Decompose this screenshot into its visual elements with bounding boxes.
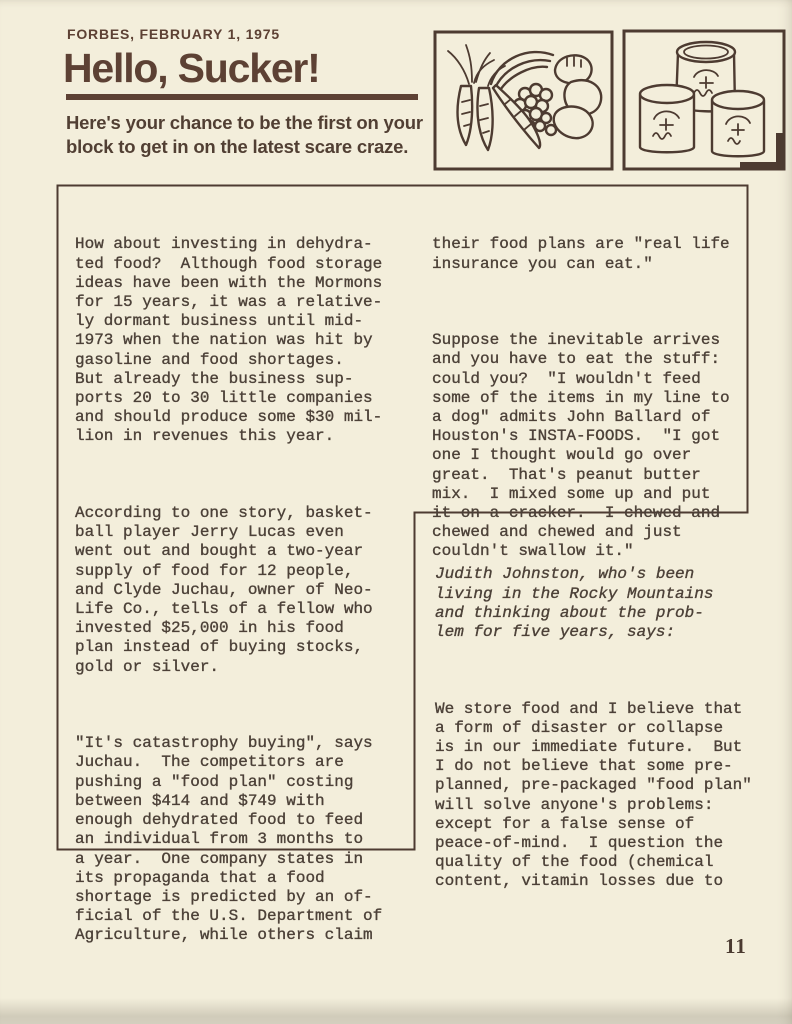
vegetables-illustration-icon <box>433 30 614 171</box>
sidebar-judith-johnston: Judith Johnston, who's been living in th… <box>435 527 757 949</box>
sidebar-intro-italic: Judith Johnston, who's been living in th… <box>435 565 757 642</box>
magazine-page: FORBES, FEBRUARY 1, 1975 Hello, Sucker! … <box>0 0 792 1024</box>
masthead: FORBES, FEBRUARY 1, 1975 <box>67 26 280 42</box>
paragraph-life-insurance: their food plans are "real life insuranc… <box>432 235 752 273</box>
left-column: How about investing in dehydra- ted food… <box>75 197 415 1003</box>
headline-rule <box>66 94 418 100</box>
deck-text: Here's your chance to be the first on yo… <box>66 111 436 159</box>
paragraph-jerry-lucas: According to one story, basket- ball pla… <box>75 504 415 677</box>
page-title: Hello, Sucker! <box>63 45 320 92</box>
scan-bottom-edge <box>0 998 792 1024</box>
paragraph-catastrophy-buying: "It's catastrophy buying", says Juchau. … <box>75 734 415 945</box>
paragraph-dehydrated-food: How about investing in dehydra- ted food… <box>75 235 415 446</box>
sidebar-body: We store food and I believe that a form … <box>435 700 757 892</box>
page-number: 11 <box>725 934 747 959</box>
canned-goods-illustration-icon <box>622 29 787 172</box>
